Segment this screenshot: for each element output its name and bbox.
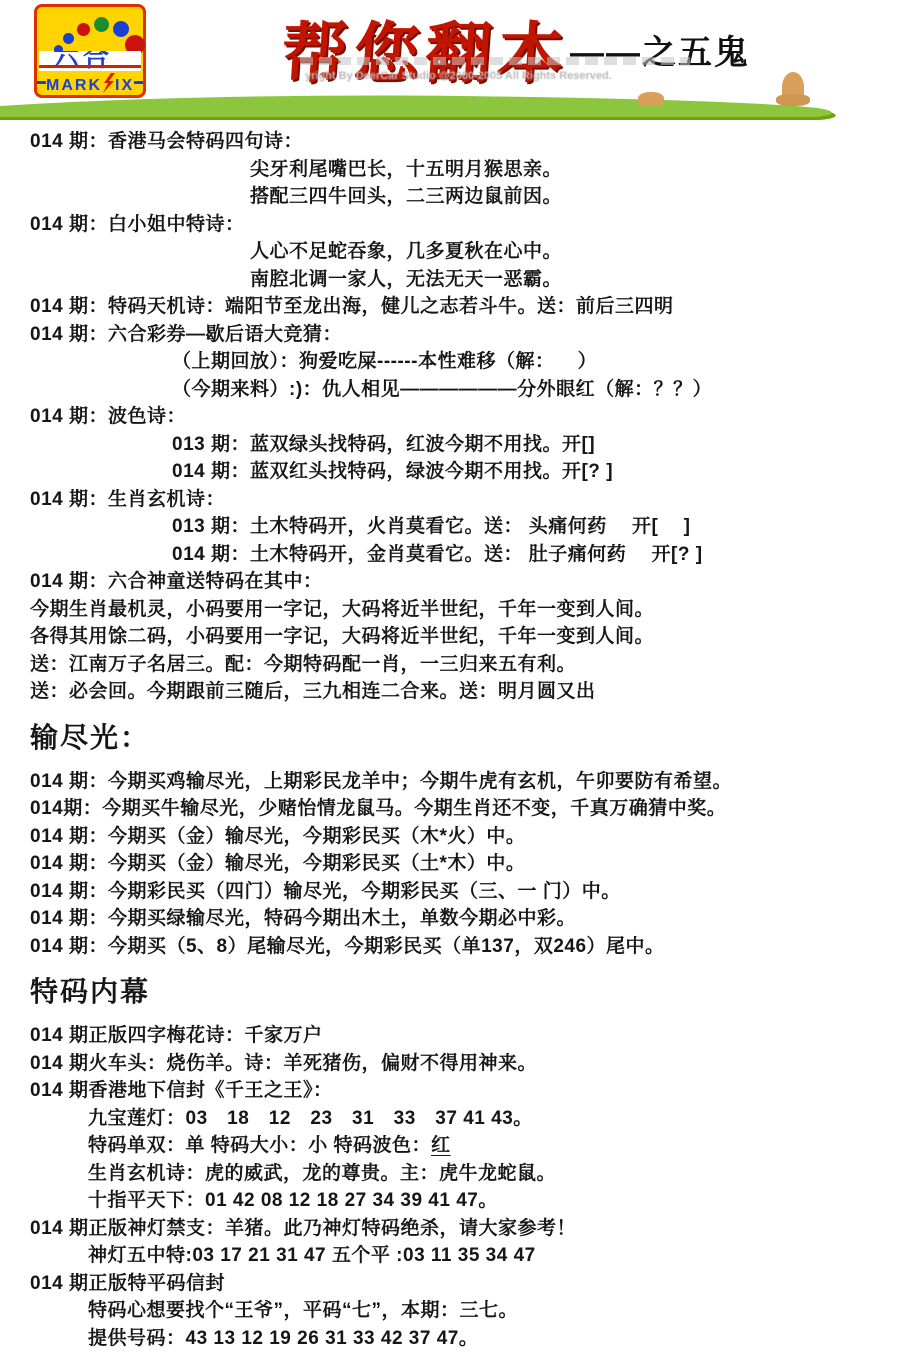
text-line: 014 期：蓝双红头找特码，绿波今期不用找。开[? ] (0, 458, 898, 486)
text-line: 特码心想要找个“王爷”，平码“七”，本期：三七。 (0, 1297, 898, 1325)
text-line: （今期来料）:)：仇人相见——————分外眼红（解：？？） (0, 376, 898, 404)
page: { "header": { "logo": { "brand_top": "六合… (0, 0, 898, 1352)
text-line: 014 期：特码天机诗：端阳节至龙出海，健儿之志若斗牛。送：前后三四明 (0, 293, 898, 321)
grass-hill-graphic (0, 86, 898, 124)
text-line: 014 期：今期彩民买（四门）输尽光，今期彩民买（三、一 门）中。 (0, 878, 898, 906)
text-line: 提供号码：43 13 12 19 26 31 33 42 37 47。 (0, 1325, 898, 1352)
logo-dot (113, 21, 129, 37)
page-subtitle: ——之五鬼 (570, 25, 750, 74)
text-line: 各得其用馀二码，小码要用一字记，大码将近半世纪，千年一变到人间。 (0, 623, 898, 651)
text-line: 014 期：六合神童送特码在其中： (0, 568, 898, 596)
text-line: 013 期：蓝双绿头找特码，红波今期不用找。开[] (0, 431, 898, 459)
logo-red-strike (39, 65, 141, 68)
logo-tick-left (37, 81, 46, 84)
section-heading: 特码内幕 (0, 960, 898, 1022)
logo-dot (63, 33, 74, 44)
text-line: 特码单双：单 特码大小：小 特码波色：红 (0, 1132, 898, 1160)
text-line: 014 期：今期买鸡输尽光，上期彩民龙羊中；今期牛虎有玄机，午卯要防有希望。 (0, 768, 898, 796)
text-line: 014 期正版神灯禁支：羊猪。此乃神灯特码绝杀，请大家参考！ (0, 1215, 898, 1243)
logo-brand-chinese: 六合彩 (53, 51, 141, 71)
text-line: 014 期：土木特码开，金肖莫看它。送： 肚子痛何药 开[? ] (0, 541, 898, 569)
text-line: 014 期：六合彩券—歇后语大竞猜： (0, 321, 898, 349)
watermark-copyright: yright By DeerCar Studio @2000-2005 All … (305, 70, 612, 82)
text-line: 014 期：今期买（5、8）尾输尽光，今期彩民买（单137，双246）尾中。 (0, 933, 898, 961)
text-line: 013 期：土木特码开，火肖莫看它。送： 头痛何药 开[ ] (0, 513, 898, 541)
logo-dot (94, 17, 109, 32)
section-heading: 输尽光： (0, 706, 898, 768)
text-line: 送：江南万子名居三。配：今期特码配一肖，一三归来五有利。 (0, 651, 898, 679)
text-line: 尖牙利尾嘴巴长，十五明月猴思亲。 (0, 156, 898, 184)
text-line: 九宝莲灯：03 18 12 23 31 33 37 41 43。 (0, 1105, 898, 1133)
text-line: 014 期正版四字梅花诗：千家万户 (0, 1022, 898, 1050)
logo-white-band: 六合彩 (39, 51, 141, 71)
text-line: 搭配三四牛回头，二三两边鼠前因。 (0, 183, 898, 211)
text-line: 今期生肖最机灵，小码要用一字记，大码将近半世纪，千年一变到人间。 (0, 596, 898, 624)
text-line: 014 期火车头：烧伤羊。诗：羊死猪伤，偏财不得用神来。 (0, 1050, 898, 1078)
grass-figure-small (638, 92, 664, 106)
text-line: 014期：今期买牛输尽光，少赌怡情龙鼠马。今期生肖还不变，千真万确猜中奖。 (0, 795, 898, 823)
text-line: 014 期：香港马会特码四句诗： (0, 128, 898, 156)
grass-figure-base (776, 94, 810, 106)
text-line: 014 期：今期买（金）输尽光，今期彩民买（土*木）中。 (0, 850, 898, 878)
watermark-line-blurred (300, 57, 690, 65)
logo-dot (77, 23, 90, 36)
page-header: 六合彩 MARKIX 帮您翻本——之五鬼 yright By DeerCar S… (0, 0, 898, 124)
text-line: 神灯五中特:03 17 21 31 47 五个平 :03 11 35 34 47 (0, 1242, 898, 1270)
text-line: 生肖玄机诗：虎的威武，龙的尊贵。主：虎牛龙蛇鼠。 (0, 1160, 898, 1188)
text-line: 014 期：波色诗： (0, 403, 898, 431)
text-line: 014 期：今期买（金）输尽光，今期彩民买（木*火）中。 (0, 823, 898, 851)
logo-tick-right (134, 81, 143, 84)
text-line: 人心不足蛇吞象，几多夏秋在心中。 (0, 238, 898, 266)
text-line: 南腔北调一家人，无法无天一恶霸。 (0, 266, 898, 294)
underlined-answer: 红 (431, 1135, 451, 1156)
text-line: 014 期：今期买绿输尽光，特码今期出木土，单数今期必中彩。 (0, 905, 898, 933)
text-line: 十指平天下：01 42 08 12 18 27 34 39 41 47。 (0, 1187, 898, 1215)
text-line: （上期回放）：狗爱吃屎------本性难移（解： ） (0, 348, 898, 376)
content-lines: 014 期：香港马会特码四句诗：尖牙利尾嘴巴长，十五明月猴思亲。搭配三四牛回头，… (0, 124, 898, 1352)
text-line: 014 期：白小姐中特诗： (0, 211, 898, 239)
text-line: 014 期正版特平码信封 (0, 1270, 898, 1298)
mark-six-logo: 六合彩 MARKIX (34, 4, 146, 98)
text-line: 送：必会回。今期跟前三随后，三九相连二合来。送：明月圆又出 (0, 678, 898, 706)
text-line: 014 期香港地下信封《千王之王》： (0, 1077, 898, 1105)
text-line: 014 期：生肖玄机诗： (0, 486, 898, 514)
